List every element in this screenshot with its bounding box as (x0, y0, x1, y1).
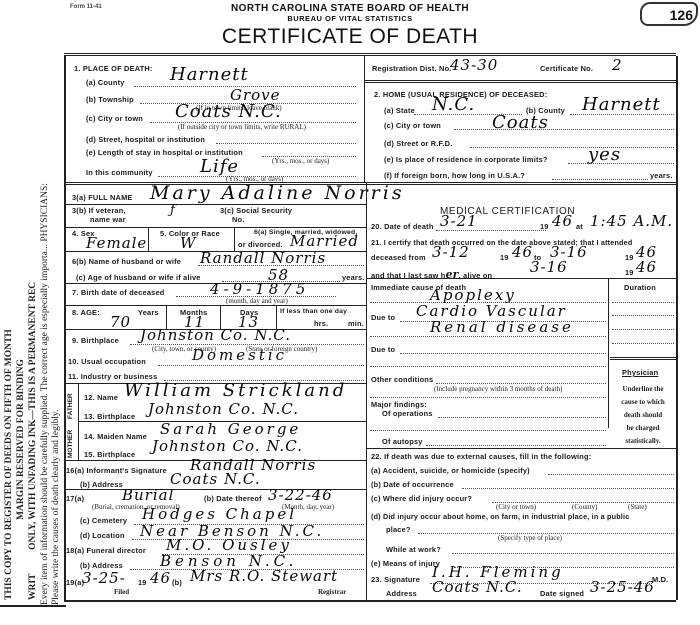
filed-year: 46 (150, 569, 171, 587)
margin-instruction-legibly: Please write the causes of death clearly… (51, 410, 61, 605)
reg-dist-value: 43-30 (450, 56, 498, 74)
alive-year-prefix: 19 (625, 268, 634, 277)
operations-line (438, 417, 606, 418)
autopsy-label: Of autopsy (382, 437, 423, 446)
mins-label: min. (348, 319, 364, 328)
hrs-label: hrs. (314, 319, 328, 328)
bureau-name: BUREAU OF VITAL STATISTICS (0, 14, 700, 23)
due-to-label-1: Due to (371, 313, 395, 322)
community-label: In this community (86, 168, 153, 177)
rule-veteran (64, 227, 366, 228)
duration-label: Duration (624, 283, 656, 292)
header-rule (64, 53, 676, 56)
date-signed-value: 3-25-46 (590, 578, 655, 596)
disposition-date-label: (b) Date thereof (204, 494, 262, 503)
home-county-value: Harnett (582, 94, 661, 115)
death-city-value: Coats N.C. (175, 101, 282, 122)
physician-heading: Physician (622, 368, 658, 377)
city-note: (If outside city or town limits, write R… (178, 123, 306, 131)
birthplace-label: 9. Birthplace (72, 336, 119, 345)
column-divider-top (364, 56, 365, 182)
mother-maiden-label: 14. Maiden Name (84, 432, 147, 441)
document-title: CERTIFICATE OF DEATH (0, 25, 700, 49)
occupation-line (158, 365, 364, 366)
binding-margin: THIS COPY TO REGISTER OF DEEDS ON FIFTH … (0, 0, 62, 605)
marital-value: Married (290, 232, 359, 250)
agency-name: NORTH CAROLINA STATE BOARD OF HEALTH (0, 3, 700, 14)
informant-signature-label: 16(a) Informant's Signature (66, 466, 167, 475)
attend-from-label: deceased from (371, 253, 426, 262)
father-name-value: William Strickland (124, 380, 347, 401)
external-heading: 22. If death was due to external causes,… (371, 452, 591, 461)
home-city-value: Coats (492, 112, 549, 133)
spouse-label: 6(b) Name of husband or wife (72, 257, 181, 266)
death-county-label: (a) County (86, 78, 125, 87)
major-findings-label: Major findings: (371, 400, 427, 409)
rule-name (64, 204, 366, 205)
home-city-label: (c) City or town (384, 121, 441, 130)
cert-no-value: 2 (612, 56, 623, 74)
attend-text: 21. I certify that death occurred on the… (371, 238, 632, 247)
home-street-line (470, 147, 674, 148)
duration-line-3 (612, 329, 674, 330)
divider-sex (148, 227, 149, 251)
veteran-label: 3(b) If veteran, (72, 206, 126, 215)
while-at-work-label: While at work? (386, 545, 441, 554)
other-conditions-line (436, 383, 606, 384)
death-time: 1:45 A.M. (590, 212, 673, 230)
alive-on-value: 3-16 (530, 258, 568, 276)
attend-from-value: 3-12 (432, 243, 470, 261)
foreign-line (552, 179, 648, 180)
registrar-label: Registrar (318, 588, 346, 596)
injury-location-label-2: place? (386, 525, 411, 534)
cert-no-label: Certificate No. (540, 64, 593, 73)
physician-signature-label: 23. Signature (371, 575, 420, 584)
reg-dist-label: Registration Dist. No. (372, 64, 452, 73)
margin-instruction-register: THIS COPY TO REGISTER OF DEEDS ON FIFTH … (4, 329, 14, 600)
injury-location-label: (d) Did injury occur about home, on farm… (371, 512, 629, 521)
physician-note: Underline the cause to which death shoul… (610, 383, 676, 448)
spouse-age-suffix: years. (342, 273, 365, 282)
community-value: Life (200, 156, 239, 177)
home-city-line (454, 129, 674, 130)
disposition-date-value: 3-22-46 (268, 486, 333, 504)
injury-place-label: (c) Where did injury occur? (371, 494, 472, 503)
margin-instruction-write: WRIT ONLY, WITH UNFADING INK—THIS IS A P… (28, 282, 38, 600)
registrar-value: Mrs R.O. Stewart (190, 567, 338, 585)
physician-address-value: Coats N.C. (432, 578, 523, 596)
alive-year: 46 (636, 258, 657, 276)
death-date-value: 3-21 (440, 212, 478, 230)
duration-line-4 (612, 343, 674, 344)
disposition-value: Burial (122, 486, 174, 504)
birth-date-label: 7. Birth date of deceased (72, 288, 164, 297)
bottom-rule (64, 600, 676, 602)
cemetery-label: (c) Cemetery (80, 516, 127, 525)
rule-birth (64, 305, 366, 306)
death-year-prefix: 19 (540, 222, 549, 231)
foreign-suffix: years. (650, 171, 673, 180)
occurrence-date-line (462, 488, 674, 489)
death-street-line (216, 143, 356, 144)
findings-line-2 (370, 430, 606, 431)
means-of-injury-label: (e) Means of injury (371, 559, 440, 568)
father-birthplace-value: Johnston Co. N.C. (148, 400, 299, 418)
occupation-label: 10. Usual occupation (68, 357, 146, 366)
injury-location-note: (Specify type of place) (498, 534, 562, 542)
ss-label: 3(c) Social Security (220, 206, 292, 215)
attend-to-year-prefix: 19 (625, 253, 634, 262)
funeral-director-label: 18(a) Funeral director (66, 546, 146, 555)
column-divider-main (366, 182, 367, 600)
race-value: W (180, 234, 196, 252)
cause-line-4 (400, 353, 606, 354)
stay-note: (Yrs., mos., or days) (272, 157, 329, 165)
autopsy-line (426, 445, 606, 446)
injury-note-state: (State) (628, 503, 647, 511)
home-state-value: N.C. (432, 94, 475, 115)
other-line-2 (370, 397, 606, 398)
duration-line-2 (612, 315, 674, 316)
cause-line-5 (370, 366, 606, 367)
birth-date-note: (month, day and year) (226, 297, 288, 305)
mother-tag: MOTHER (67, 430, 74, 458)
filed-date: 3-25- (82, 569, 126, 587)
physician-address-label: Address (386, 589, 417, 598)
injury-note-city: (City or town) (496, 503, 536, 511)
registrar-prefix: (b) (172, 578, 182, 587)
occupation-value: Domestic (192, 346, 287, 364)
registration-rule (364, 80, 676, 83)
less-day-label: If less than one day (280, 308, 347, 315)
informant-address-value: Coats N.C. (170, 470, 261, 488)
death-street-label: (d) Street, hospital or institution (86, 135, 205, 144)
physician-rule (610, 357, 676, 360)
injury-note-county: (County) (572, 503, 597, 511)
father-name-label: 12. Name (84, 393, 118, 402)
marital-label-2: or divorced. (238, 240, 283, 249)
disposition-label: 17(a) (66, 494, 84, 503)
cause-line-3 (370, 336, 606, 337)
other-conditions-label: Other conditions (371, 375, 433, 384)
other-conditions-note: (Include pregnancy within 3 months of de… (434, 385, 562, 393)
age-label: 8. AGE: (72, 308, 100, 317)
duration-divider (608, 278, 609, 428)
corporate-value: yes (588, 144, 621, 165)
margin-instruction-info: Every item of information should be care… (40, 183, 50, 605)
file-stamp: 126 (640, 2, 698, 26)
attend-from-year-prefix: 19 (500, 253, 509, 262)
death-township-label: (b) Township (86, 95, 134, 104)
spouse-value: Randall Norris (200, 249, 326, 267)
rule-external (366, 448, 676, 449)
informant-address-label: (b) Address (80, 480, 123, 489)
margin-instruction-binding: MARGIN RESERVED FOR BINDING (16, 359, 26, 520)
location-label: (d) Location (80, 531, 125, 540)
veteran-label-2: name war (90, 215, 126, 224)
birth-date-value: 4-9-1875 (210, 280, 309, 298)
margin-bottom-rule (0, 605, 66, 607)
spouse-age-label: (c) Age of husband or wife if alive (76, 273, 201, 282)
at-label: at (576, 222, 583, 231)
death-county-value: Harnett (170, 64, 249, 85)
last-saw-label: and that I last saw her, alive on (371, 268, 492, 281)
father-tag: FATHER (67, 393, 74, 419)
sex-value: Female (86, 234, 147, 252)
veteran-mark: ƒ (170, 203, 176, 218)
operations-label: Of operations (382, 409, 433, 418)
date-signed-label: Date signed (540, 589, 584, 598)
place-of-death-heading: 1. PLACE OF DEATH: (74, 64, 153, 73)
external-type-line (548, 474, 674, 475)
while-at-work-line (452, 553, 674, 554)
due-to-value-1b: Renal disease (430, 318, 574, 336)
home-street-label: (d) Street or R.F.D. (384, 139, 452, 148)
foreign-label: (f) If foreign born, how long in U.S.A.? (384, 171, 525, 180)
mother-birthplace-label: 15. Birthplace (84, 450, 135, 459)
home-state-label: (a) State (384, 106, 415, 115)
full-name-label: 3(a) FULL NAME (72, 193, 133, 202)
death-city-label: (c) City or town (86, 114, 143, 123)
filed-year-prefix: 19 (138, 578, 147, 587)
birthplace-value: Johnston Co. N.C. (140, 326, 291, 344)
death-date-line (436, 230, 546, 231)
ss-label-2: No. (232, 215, 245, 224)
filed-label: Filed (114, 588, 129, 596)
death-year: 46 (552, 212, 573, 230)
cemetery-value: Hodges Chapel (142, 505, 297, 523)
mother-maiden-value: Sarah George (160, 420, 301, 438)
due-to-label-2: Due to (371, 345, 395, 354)
father-birthplace-label: 13. Birthplace (84, 412, 135, 421)
years-label: Years (138, 308, 159, 317)
corporate-label: (e) Is place of residence in corporate l… (384, 155, 548, 164)
rule-cause (366, 278, 676, 279)
occurrence-date-label: (b) Date of occurrence (371, 480, 454, 489)
mother-birthplace-value: Johnston Co. N.C. (152, 437, 303, 455)
divider-race (234, 227, 235, 251)
death-date-label: 20. Date of death (371, 222, 434, 231)
external-type-label: (a) Accident, suicide, or homicide (spec… (371, 466, 530, 475)
duration-line-1 (612, 302, 674, 303)
